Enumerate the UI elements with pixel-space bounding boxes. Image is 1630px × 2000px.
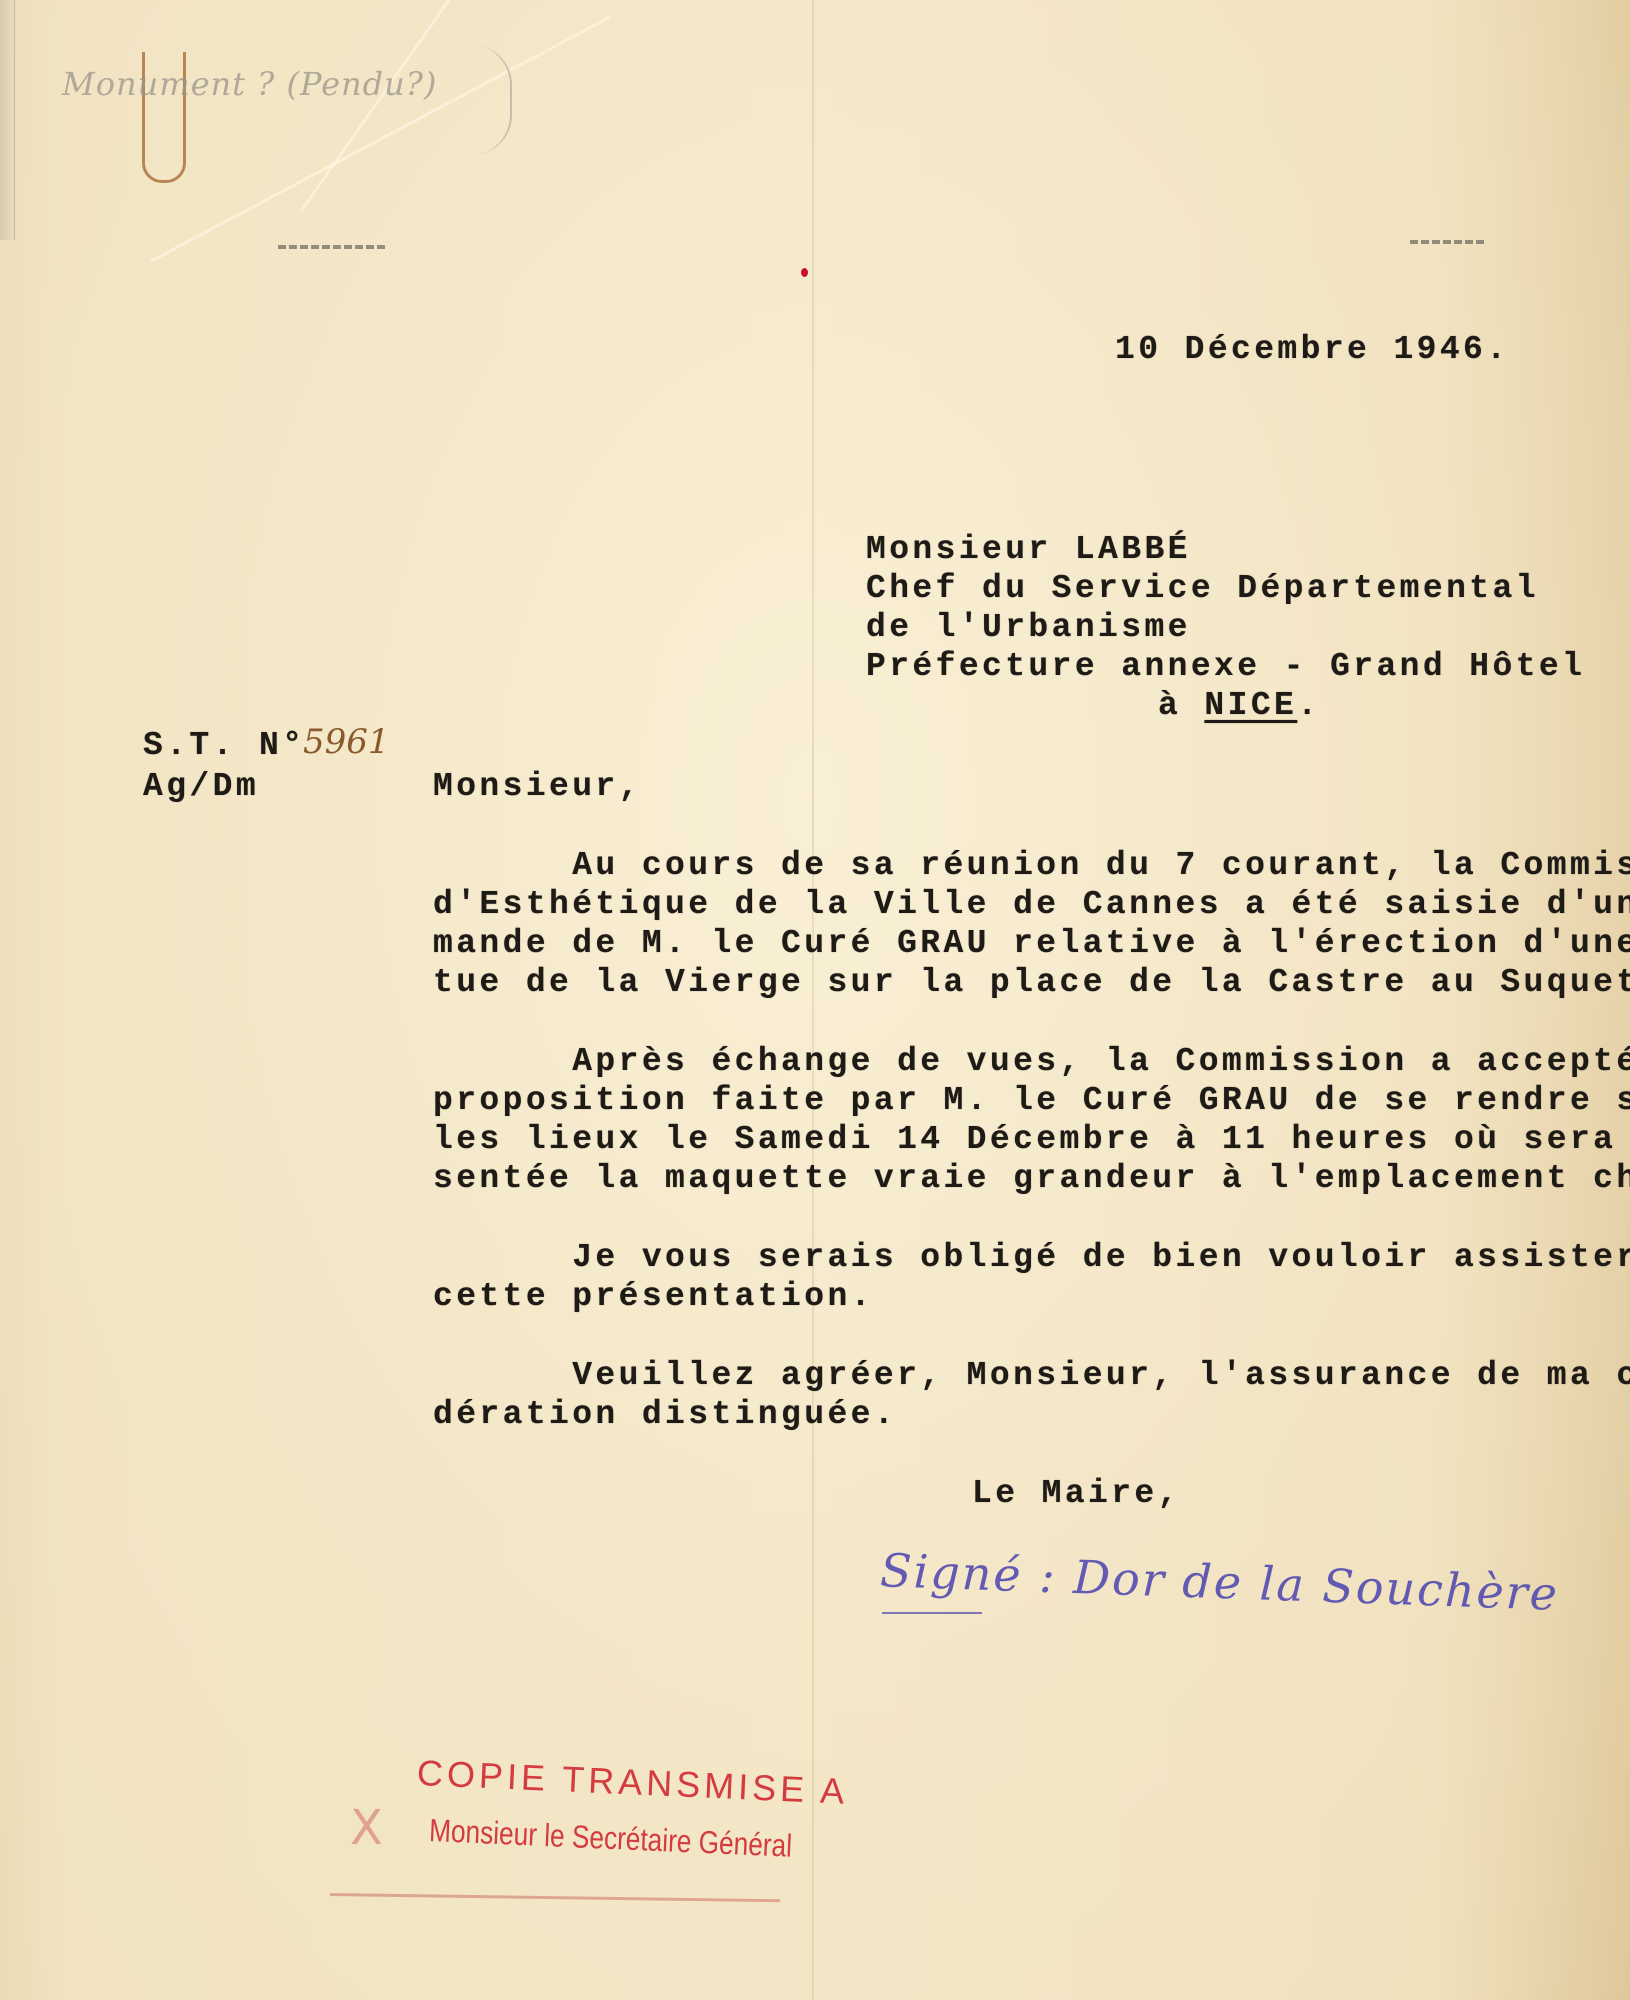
paragraph-1-line-4: tue de la Vierge sur la place de la Cast… [433,963,1630,1002]
paragraph-1-line-1: Au cours de sa réunion du 7 courant, la … [433,846,1630,885]
paragraph-2-line-4: sentée la maquette vraie grandeur à l'em… [433,1159,1630,1198]
letter-date: 10 Décembre 1946. [1115,330,1509,369]
signature-underline [882,1612,982,1614]
stamp-check-mark: X [350,1800,383,1856]
underlying-sheet-edge [0,0,15,240]
margin-guide-mark-right [1410,240,1485,244]
closing-title: Le Maire, [972,1474,1181,1513]
recipient-department: de l'Urbanisme [866,608,1191,647]
city-suffix: . [1297,687,1320,724]
reference-initials: Ag/Dm [143,767,259,806]
reference-label: S.T. N° [143,726,305,765]
reference-number: 5961 [303,722,390,762]
salutation: Monsieur, [433,767,642,806]
stamp-heading: COPIE TRANSMISE A [416,1752,849,1813]
paragraph-4-line-1: Veuillez agréer, Monsieur, l'assurance d… [433,1356,1630,1395]
paragraph-4-line-2: dération distinguée. [433,1395,897,1434]
paragraph-1-line-3: mande de M. le Curé GRAU relative à l'ér… [433,924,1630,963]
city-prefix: à [1158,687,1204,724]
paragraph-1-line-2: d'Esthétique de la Ville de Cannes a été… [433,885,1630,924]
paper-crease [150,16,611,263]
signature: Signé : Dor de la Souchère [879,1543,1560,1621]
pencil-annotation: Monument ? (Pendu?) [62,65,437,103]
red-ink-spot [801,268,808,277]
red-pencil-rule [330,1893,780,1902]
stamp-recipient: Monsieur le Secrétaire Général [428,1812,792,1865]
margin-guide-mark-left [278,245,388,249]
recipient-title: Chef du Service Départemental [866,569,1539,608]
paragraph-2-line-3: les lieux le Samedi 14 Décembre à 11 heu… [433,1120,1630,1159]
pencil-bracket [440,45,512,155]
recipient-city-line: à NICE. [1158,686,1320,725]
paragraph-2-line-1: Après échange de vues, la Commission a a… [433,1042,1630,1081]
paragraph-2-line-2: proposition faite par M. le Curé GRAU de… [433,1081,1630,1120]
letter-page: Monument ? (Pendu?) 10 Décembre 1946. Mo… [0,0,1630,2000]
recipient-name: Monsieur LABBÉ [866,530,1191,569]
paragraph-3-line-2: cette présentation. [433,1277,874,1316]
recipient-address-line: Préfecture annexe - Grand Hôtel [866,647,1585,686]
recipient-city: NICE [1204,687,1297,724]
paragraph-3-line-1: Je vous serais obligé de bien vouloir as… [433,1238,1630,1277]
